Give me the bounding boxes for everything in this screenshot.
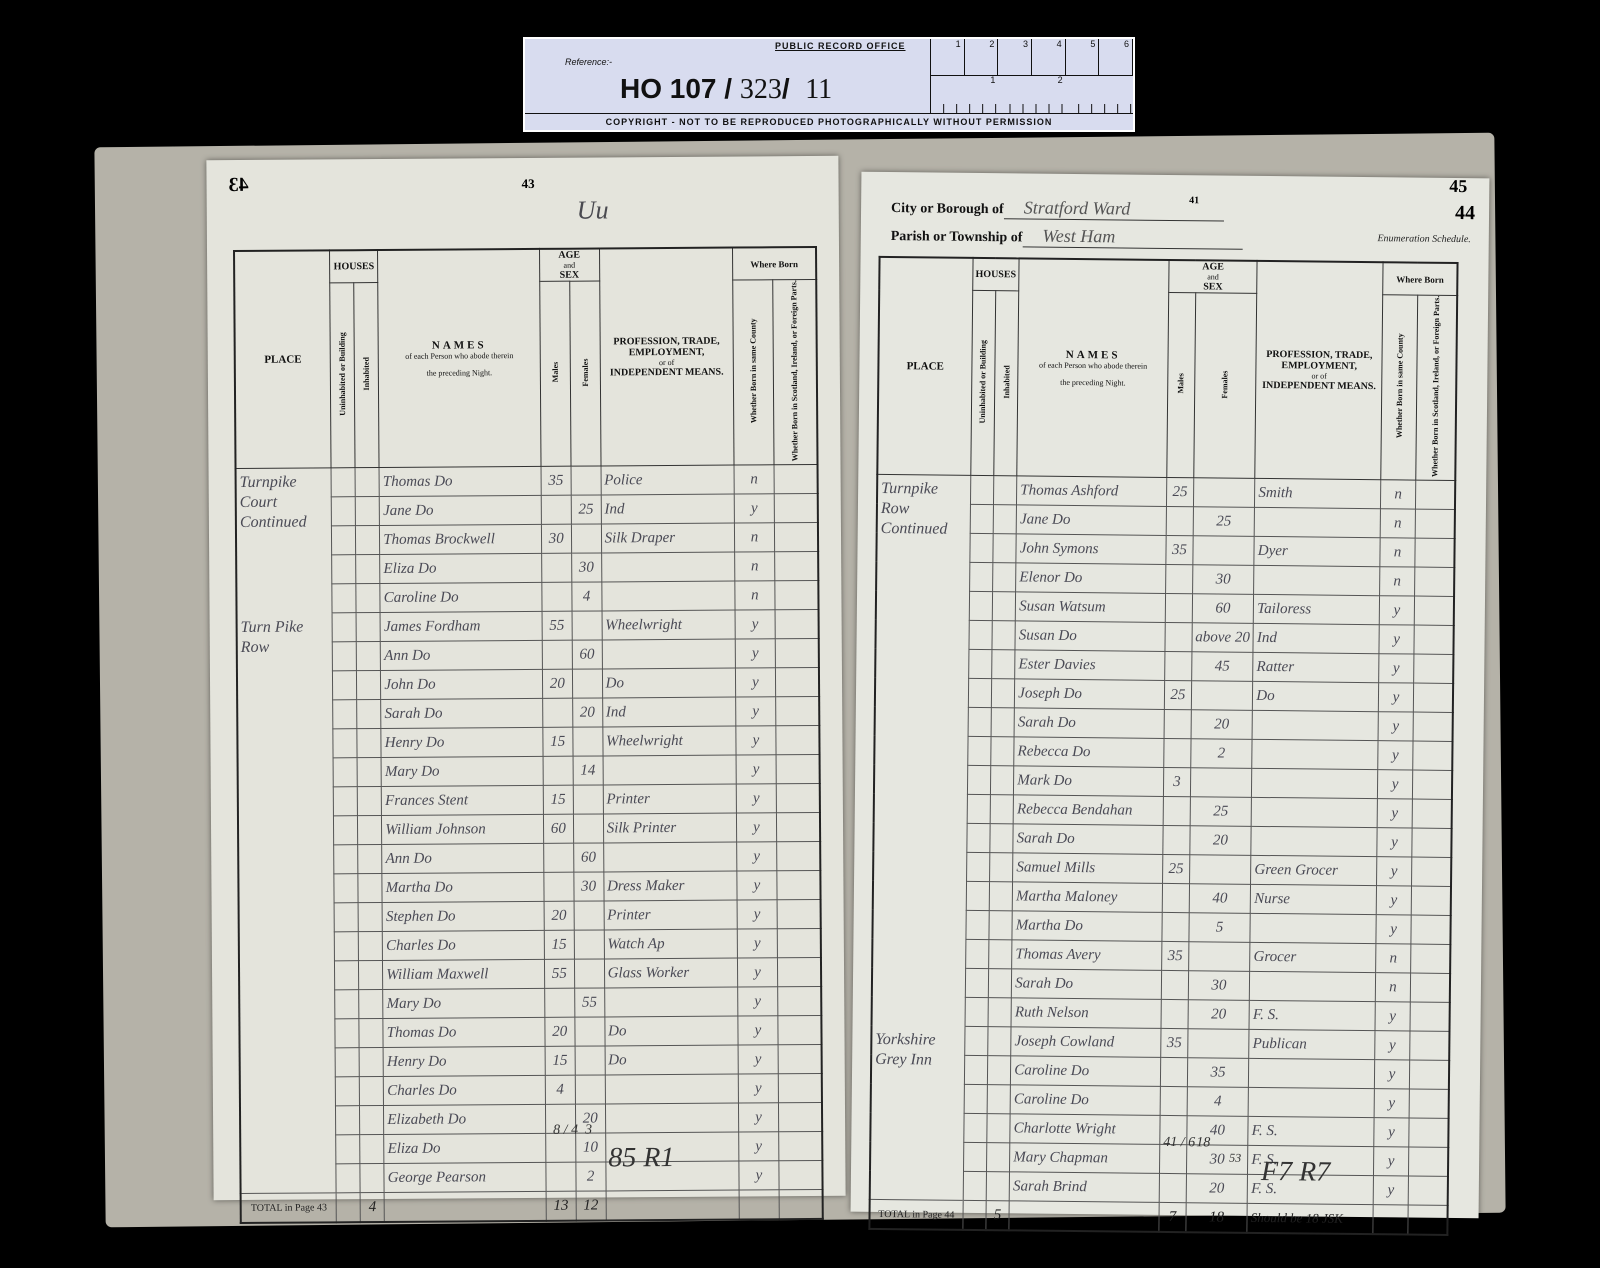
col-names: NAMES of each Person who abode therein t… xyxy=(1017,258,1169,477)
born-county-cell: n xyxy=(1376,973,1411,1002)
uninhabited-cell xyxy=(969,592,992,621)
ruler-tick: 5 xyxy=(1066,39,1100,75)
inhabited-cell xyxy=(987,1056,1011,1085)
uninhabited-cell xyxy=(332,584,356,613)
born-foreign-cell xyxy=(776,784,820,813)
born-county-cell: y xyxy=(738,1074,778,1103)
uninhabited-cell xyxy=(968,679,991,708)
footer-note: 85 R1 xyxy=(608,1142,674,1174)
name-cell: Sarah Do xyxy=(1014,708,1164,739)
below-females: 18 xyxy=(1196,1135,1210,1151)
name-cell: Mary Do xyxy=(381,757,543,787)
males-cell xyxy=(1164,710,1191,739)
females-cell: 20 xyxy=(1186,1174,1248,1204)
series: HO 107 xyxy=(620,73,717,104)
born-county-cell: y xyxy=(735,610,775,639)
born-county-cell: y xyxy=(1376,915,1411,944)
name-cell: William Johnson xyxy=(382,815,544,845)
uninhabited-cell xyxy=(332,526,356,555)
profession-cell: Nurse xyxy=(1250,885,1376,915)
uninhabited-cell xyxy=(332,555,356,584)
inhabited-cell xyxy=(988,940,1012,969)
born-foreign-cell xyxy=(775,610,819,639)
born-foreign-cell xyxy=(1413,654,1453,683)
born-foreign-cell xyxy=(1409,1089,1449,1118)
inhabited-cell xyxy=(360,1077,384,1106)
col-same-county: Whether Born in same County xyxy=(733,280,774,465)
profession-cell xyxy=(1254,566,1380,596)
inhabited-cell xyxy=(357,642,381,671)
born-foreign-cell xyxy=(777,871,821,900)
males-cell xyxy=(1165,594,1192,623)
col-age-sex: AGE and SEX xyxy=(539,248,599,281)
name-cell: Ann Do xyxy=(382,844,544,874)
uninhabited-cell xyxy=(970,505,993,534)
profession-cell: Tailoress xyxy=(1254,595,1380,625)
inhabited-cell xyxy=(993,505,1017,534)
born-county-cell: y xyxy=(734,494,774,523)
born-county-cell: y xyxy=(1380,596,1415,625)
females-cell: 4 xyxy=(1187,1087,1249,1117)
uninhabited-cell xyxy=(333,729,357,758)
born-foreign-cell xyxy=(775,581,819,610)
schedule-label: Enumeration Schedule. xyxy=(1377,233,1470,245)
inhabited-cell xyxy=(993,534,1017,563)
males-cell: 4 xyxy=(545,1075,575,1104)
name-cell: Frances Stent xyxy=(382,786,544,816)
females-cell xyxy=(575,1017,605,1046)
inhabited-cell xyxy=(993,476,1017,505)
profession-cell xyxy=(601,552,735,582)
ruler-tick: 1 xyxy=(931,39,965,75)
females-cell xyxy=(573,785,603,814)
uninhabited-cell xyxy=(969,563,992,592)
profession-cell: Green Grocer xyxy=(1251,856,1377,886)
inhabited-cell xyxy=(990,824,1014,853)
col-same-county: Whether Born in same County xyxy=(1381,295,1417,481)
females-cell xyxy=(574,901,604,930)
uninhabited-cell xyxy=(964,1027,987,1056)
inhabited-cell xyxy=(991,650,1015,679)
born-county-cell: n xyxy=(1380,538,1415,567)
born-foreign-cell xyxy=(778,1103,822,1132)
profession-cell: Silk Printer xyxy=(603,813,737,843)
inhabited-cell xyxy=(356,584,380,613)
inhabited-cell xyxy=(359,990,383,1019)
females-cell xyxy=(1188,942,1250,972)
females-cell xyxy=(571,466,601,495)
inhabited-cell xyxy=(356,555,380,584)
females-cell: 20 xyxy=(1191,710,1253,740)
page-number: 43 xyxy=(521,176,534,192)
ruler-tick: 4 xyxy=(1032,39,1066,75)
females-label: Females xyxy=(580,358,589,386)
born-county-cell: y xyxy=(1379,654,1414,683)
born-foreign-cell xyxy=(1412,770,1452,799)
born-foreign-cell xyxy=(774,552,818,581)
profession-cell: Wheelwright xyxy=(602,726,736,756)
profession-cell xyxy=(1251,798,1377,828)
males-cell xyxy=(1160,1087,1187,1116)
parish-value: West Ham xyxy=(1022,225,1242,249)
name-cell: Susan Watsum xyxy=(1015,592,1165,623)
inhabited-cell xyxy=(358,874,382,903)
born-county-cell: y xyxy=(1375,1002,1410,1031)
born-county-cell: n xyxy=(1376,944,1411,973)
born-foreign-cell xyxy=(1410,973,1450,1002)
city-value: Stratford Ward xyxy=(1004,197,1224,221)
uninhabited-cell xyxy=(336,1077,360,1106)
uninhabited-cell xyxy=(970,534,993,563)
stamp-number: 43 xyxy=(228,174,248,197)
right-page: 45 44 41 City or Borough ofStratford War… xyxy=(851,172,1490,1219)
inhabited-cell xyxy=(987,1114,1011,1143)
females-cell xyxy=(571,524,601,553)
scotland-label: Whether Born in Scotland, Ireland, or Fo… xyxy=(1431,296,1442,477)
born-foreign-cell xyxy=(775,639,819,668)
males-cell: 20 xyxy=(542,669,572,698)
inhabited-cell xyxy=(991,708,1015,737)
profession-cell xyxy=(603,842,737,872)
born-county-cell: y xyxy=(1374,1118,1409,1147)
uninhabited-cell xyxy=(335,1019,359,1048)
inhabited-cell xyxy=(992,592,1016,621)
same-county-label: Whether Born in same County xyxy=(748,319,758,424)
name-cell: Joseph Do xyxy=(1015,679,1165,710)
name-cell: Henry Do xyxy=(383,1047,545,1077)
females-cell xyxy=(574,930,604,959)
born-county-cell: y xyxy=(1378,741,1413,770)
females-cell: 30 xyxy=(1188,971,1250,1001)
name-cell: Ruth Nelson xyxy=(1011,998,1161,1029)
females-cell: 30 xyxy=(571,553,601,582)
profession-cell: Watch Ap xyxy=(604,929,738,959)
inhabited-cell xyxy=(990,795,1014,824)
uninhabited-cell xyxy=(966,911,989,940)
inhabited-cell xyxy=(360,1106,384,1135)
inhabited-cell xyxy=(358,787,382,816)
place-label: Turnpike Court Continued xyxy=(236,468,333,614)
name-cell: Rebecca Bendahan xyxy=(1013,795,1163,826)
inhabited-label: Inhabited xyxy=(362,357,371,390)
males-cell xyxy=(1165,623,1192,652)
name-cell: Sarah Do xyxy=(381,699,543,729)
males-cell: 15 xyxy=(545,1046,575,1075)
name-cell: John Symons xyxy=(1016,534,1166,565)
profession-cell: Do xyxy=(602,668,736,698)
born-foreign-cell xyxy=(779,1161,823,1190)
males-cell: 15 xyxy=(543,785,573,814)
born-county-cell: y xyxy=(738,1016,778,1045)
name-cell: Caroline Do xyxy=(380,583,542,613)
ruler-tick xyxy=(1066,75,1133,114)
col-where-born: Where Born xyxy=(1383,262,1458,295)
inhabited-cell xyxy=(357,671,381,700)
inhabited-cell xyxy=(358,845,382,874)
profession-cell: Dyer xyxy=(1254,537,1380,567)
inhabited-cell xyxy=(992,563,1016,592)
name-cell: Thomas Avery xyxy=(1012,940,1162,971)
profession-cell: Do xyxy=(605,1045,739,1075)
profession-cell: Silk Draper xyxy=(601,523,735,553)
born-county-cell: y xyxy=(736,755,776,784)
born-foreign-cell xyxy=(774,494,818,523)
below-females: 3 xyxy=(585,1123,592,1139)
inhabited-cell xyxy=(987,1085,1011,1114)
total-inhabited: 4 xyxy=(360,1193,384,1223)
born-county-cell: y xyxy=(1377,886,1412,915)
females-cell xyxy=(575,1075,605,1104)
name-cell: John Do xyxy=(381,670,543,700)
correction-note: Should be 18 JSK xyxy=(1247,1204,1373,1235)
name-cell: Jane Do xyxy=(380,496,542,526)
females-cell: 35 xyxy=(1187,1058,1249,1088)
males-cell xyxy=(1164,739,1191,768)
below-males: 8 / 4 xyxy=(553,1123,578,1139)
uninhabited-cell xyxy=(968,708,991,737)
born-foreign-cell xyxy=(1412,828,1452,857)
inhabited-cell xyxy=(988,969,1012,998)
females-cell xyxy=(575,1046,605,1075)
born-foreign-cell xyxy=(1411,886,1451,915)
inhabited-cell xyxy=(357,758,381,787)
females-cell xyxy=(1193,536,1255,566)
born-foreign-cell xyxy=(775,668,819,697)
sex-label: SEX xyxy=(1169,281,1256,293)
col-females: Females xyxy=(569,281,600,466)
uninhabited-cell xyxy=(967,824,990,853)
born-foreign-cell xyxy=(1408,1147,1448,1176)
born-county-cell: y xyxy=(739,1103,779,1132)
born-county-cell: y xyxy=(1375,1031,1410,1060)
uninhabited-cell xyxy=(336,1106,360,1135)
females-cell xyxy=(573,727,603,756)
inhabited-cell xyxy=(992,621,1016,650)
total-label: TOTAL in Page 44 xyxy=(869,1200,962,1230)
inhabited-cell xyxy=(988,998,1012,1027)
females-cell: 25 xyxy=(571,495,601,524)
name-cell: Charles Do xyxy=(383,931,545,961)
born-county-cell: y xyxy=(1374,1147,1409,1176)
born-foreign-cell xyxy=(1412,799,1452,828)
ruler-tick: 3 xyxy=(998,39,1032,75)
females-cell: 5 xyxy=(1189,913,1251,943)
born-foreign-cell xyxy=(1410,944,1450,973)
uninhabited-cell xyxy=(333,671,357,700)
inhabited-cell xyxy=(359,961,383,990)
born-foreign-cell xyxy=(776,755,820,784)
profession-cell: F. S. xyxy=(1249,1001,1375,1031)
females-cell: 20 xyxy=(1188,1000,1250,1030)
males-cell xyxy=(1161,1000,1188,1029)
born-county-cell: y xyxy=(735,639,775,668)
uninhabited-cell xyxy=(966,882,989,911)
uninhabited-cell xyxy=(336,1135,360,1164)
inhabited-cell xyxy=(359,1048,383,1077)
born-county-cell: y xyxy=(1373,1176,1408,1205)
name-cell: Sarah Do xyxy=(1013,824,1163,855)
males-cell xyxy=(1162,884,1189,913)
males-cell xyxy=(543,756,573,785)
name-cell: Mary Chapman xyxy=(1010,1143,1160,1174)
place-label: Turnpike Row Continued xyxy=(872,475,971,1027)
born-foreign-cell xyxy=(1410,1002,1450,1031)
next-stamp: 45 xyxy=(1449,176,1467,197)
born-county-cell: y xyxy=(1377,828,1412,857)
males-cell xyxy=(542,640,572,669)
profession-cell: Do xyxy=(604,1016,738,1046)
born-county-cell: y xyxy=(737,900,777,929)
females-cell: 30 xyxy=(1192,565,1254,595)
males-cell: 25 xyxy=(1164,681,1191,710)
profession-cell xyxy=(1249,1059,1375,1089)
inhabited-cell xyxy=(991,737,1015,766)
inhabited-cell xyxy=(356,497,380,526)
name-cell: Elizabeth Do xyxy=(384,1105,546,1135)
born-foreign-cell xyxy=(777,929,821,958)
born-foreign-cell xyxy=(1411,857,1451,886)
born-county-cell: y xyxy=(1379,683,1414,712)
col-profession: PROFESSION, TRADE, EMPLOYMENT, or of IND… xyxy=(599,248,734,467)
females-cell: 60 xyxy=(572,640,602,669)
males-cell: 25 xyxy=(1167,478,1194,507)
females-cell xyxy=(574,959,604,988)
header-scribble: Uu xyxy=(577,195,609,225)
city-label: City or Borough of xyxy=(891,201,1004,217)
males-cell xyxy=(1162,913,1189,942)
name-cell: Eliza Do xyxy=(380,554,542,584)
females-cell xyxy=(1193,478,1255,508)
profession-cell: Printer xyxy=(603,784,737,814)
name-cell: Thomas Do xyxy=(379,467,541,497)
males-cell: 55 xyxy=(542,611,572,640)
born-foreign-cell xyxy=(777,900,821,929)
uninhabited-cell xyxy=(333,700,357,729)
males-cell: 25 xyxy=(1163,855,1190,884)
males-cell: 15 xyxy=(543,727,573,756)
name-cell: Sarah Do xyxy=(1012,969,1162,1000)
col-inhabited: Inhabited xyxy=(354,283,379,468)
inhabited-cell xyxy=(356,613,380,642)
name-cell: Sarah Brind xyxy=(1009,1172,1159,1203)
uninhabited-cell xyxy=(333,642,357,671)
born-foreign-cell xyxy=(778,1074,822,1103)
born-foreign-cell xyxy=(1414,567,1454,596)
uninhabited-cell xyxy=(965,940,988,969)
profession-cell xyxy=(1254,508,1380,538)
born-county-cell: y xyxy=(737,842,777,871)
and-label: and xyxy=(540,260,599,269)
females-cell: 2 xyxy=(576,1162,606,1191)
table-row: Turn Pike RowJames Fordham55Wheelwrighty xyxy=(237,610,819,643)
total-inhabited: 5 xyxy=(986,1201,1010,1231)
name-cell: Jane Do xyxy=(1016,505,1166,536)
profession-cell xyxy=(1250,972,1376,1002)
females-cell: 40 xyxy=(1189,884,1251,914)
females-cell: 20 xyxy=(572,698,602,727)
total-females: 18 xyxy=(1186,1203,1248,1233)
born-foreign-cell xyxy=(778,1132,822,1161)
uninhabited-cell xyxy=(334,787,358,816)
uninhabited-cell xyxy=(335,961,359,990)
same-county-label: Whether Born in same County xyxy=(1394,334,1404,439)
females-cell xyxy=(1187,1029,1249,1059)
name-cell: Caroline Do xyxy=(1011,1056,1161,1087)
females-cell xyxy=(1191,681,1253,711)
females-cell xyxy=(572,669,602,698)
census-table-right: PLACE HOUSES NAMES of each Person who ab… xyxy=(868,256,1458,1236)
profession-cell: Wheelwright xyxy=(602,610,736,640)
born-county-cell: y xyxy=(736,668,776,697)
total-row: TOTAL in Page 43 4 13 12 xyxy=(241,1190,823,1224)
total-label: TOTAL in Page 43 xyxy=(241,1193,337,1223)
table-row: Yorkshire Grey InnJoseph Cowland35Public… xyxy=(871,1026,1449,1061)
inhabited-cell xyxy=(356,526,380,555)
males-cell xyxy=(544,988,574,1017)
uninhabited-cell xyxy=(335,1048,359,1077)
profession-cell: Publican xyxy=(1249,1030,1375,1060)
uninhabited-label: Uninhabited or Building xyxy=(978,340,988,424)
profession-cell: Ind xyxy=(602,697,736,727)
piece: 323 xyxy=(740,74,782,105)
uninhabited-cell xyxy=(331,468,355,497)
name-cell: Caroline Do xyxy=(1010,1085,1160,1116)
born-foreign-cell xyxy=(1409,1031,1449,1060)
males-cell: 30 xyxy=(541,524,571,553)
females-cell: 30 xyxy=(574,872,604,901)
females-cell: 55 xyxy=(574,988,604,1017)
born-foreign-cell xyxy=(1415,538,1455,567)
uninhabited-cell xyxy=(333,758,357,787)
profession-cell xyxy=(1252,769,1378,799)
scotland-label: Whether Born in Scotland, Ireland, or Fo… xyxy=(790,280,800,461)
col-females: Females xyxy=(1193,293,1257,479)
females-cell: above 20 xyxy=(1192,623,1254,653)
uninhabited-cell xyxy=(332,497,356,526)
born-county-cell: y xyxy=(1378,712,1413,741)
reference-card: PUBLIC RECORD OFFICE Reference:- HO 107 … xyxy=(523,37,1135,132)
males-cell: 35 xyxy=(1166,536,1193,565)
males-cell xyxy=(1161,971,1188,1000)
profession-cell xyxy=(1251,827,1377,857)
born-county-cell: n xyxy=(735,523,775,552)
born-foreign-cell xyxy=(776,842,820,871)
profession-cell: Grocer xyxy=(1250,943,1376,973)
males-cell: 60 xyxy=(543,814,573,843)
males-cell xyxy=(1160,1058,1187,1087)
inhabited-cell xyxy=(355,468,379,497)
ruler-tick: 6 xyxy=(1099,39,1133,75)
females-cell xyxy=(573,814,603,843)
name-cell: Joseph Cowland xyxy=(1011,1027,1161,1058)
profession-line2: EMPLOYMENT, xyxy=(600,347,733,359)
name-cell: Martha Maloney xyxy=(1012,882,1162,913)
females-cell: 2 xyxy=(1190,739,1252,769)
name-cell: Stephen Do xyxy=(382,902,544,932)
name-cell: George Pearson xyxy=(384,1163,546,1193)
born-county-cell: y xyxy=(738,987,778,1016)
uninhabited-cell xyxy=(967,737,990,766)
males-label: Males xyxy=(1177,373,1186,394)
uninhabited-label: Uninhabited or Building xyxy=(338,332,348,416)
inhabited-cell xyxy=(990,766,1014,795)
name-cell: Thomas Do xyxy=(383,1018,545,1048)
inhabited-cell xyxy=(359,932,383,961)
uninhabited-cell xyxy=(334,874,358,903)
males-cell: 3 xyxy=(1164,768,1191,797)
inhabited-cell xyxy=(358,816,382,845)
born-foreign-cell xyxy=(777,958,821,987)
